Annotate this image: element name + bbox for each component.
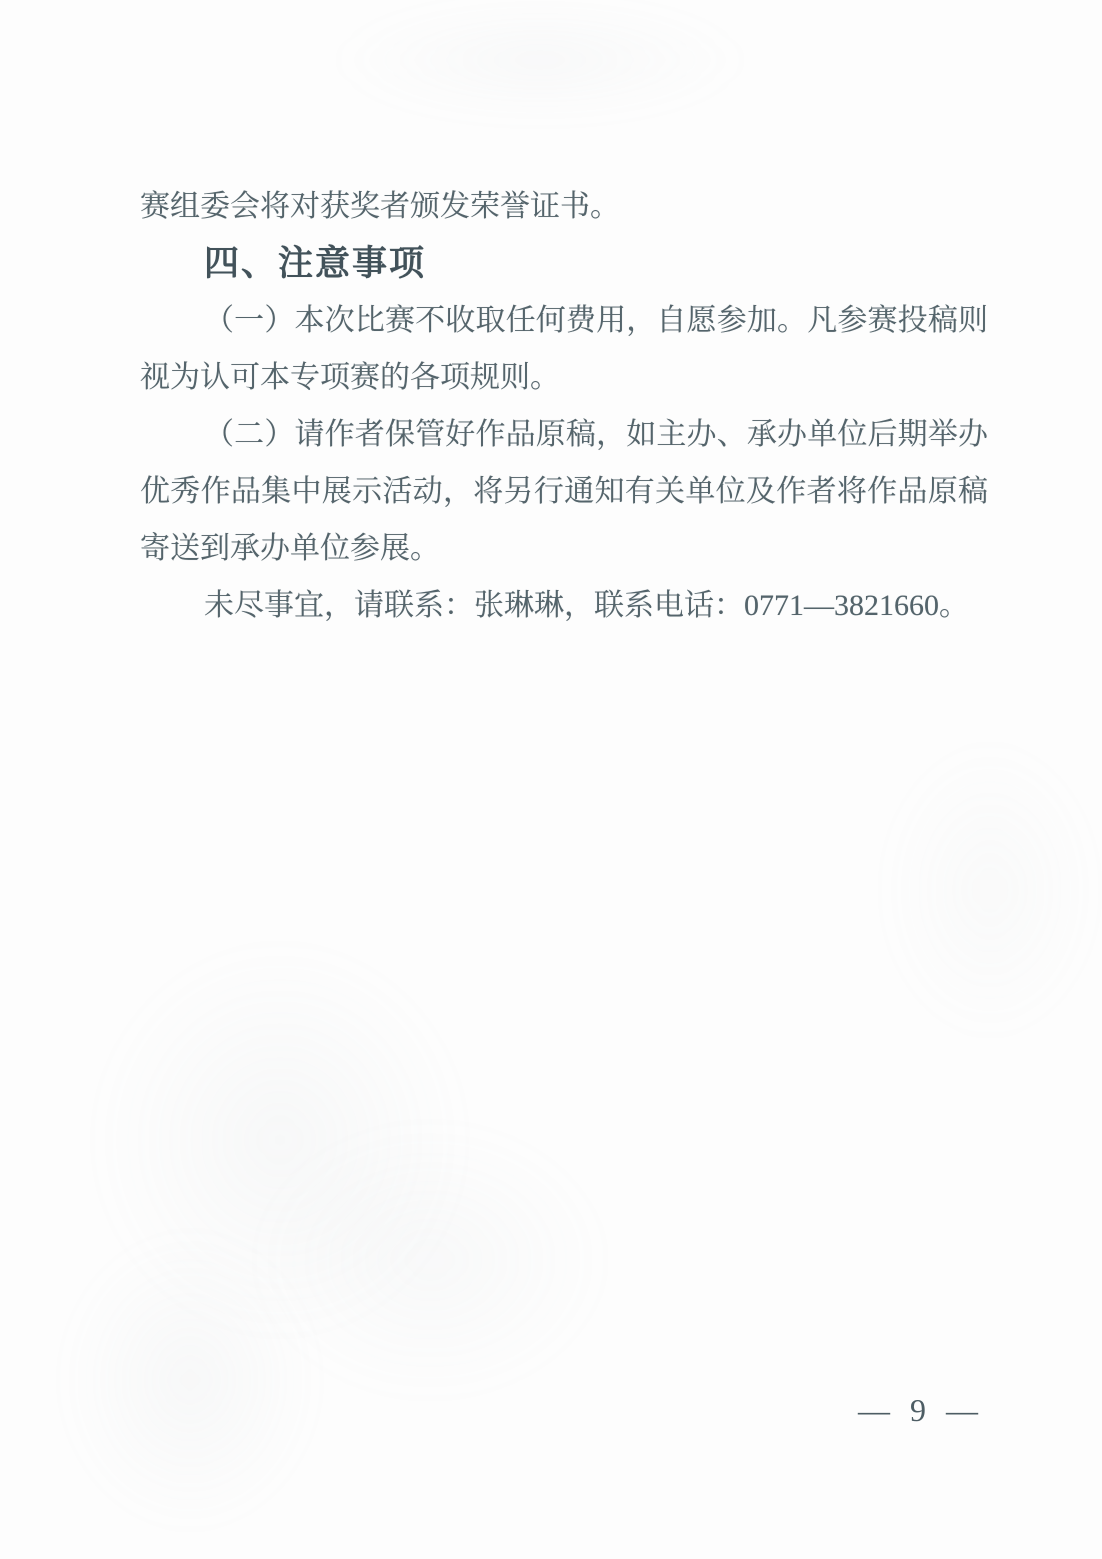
page-number: — 9 — — [858, 1392, 984, 1429]
document-line: 寄送到承办单位参展。 — [140, 520, 988, 577]
scan-smudge — [250, 1120, 610, 1400]
scanned-page: 赛组委会将对获奖者颁发荣誉证书。四、注意事项（一）本次比赛不收取任何费用，自愿参… — [0, 0, 1102, 1559]
document-line: （二）请作者保管好作品原稿，如主办、承办单位后期举办 — [140, 406, 988, 463]
document-line: 视为认可本专项赛的各项规则。 — [140, 349, 988, 406]
scan-smudge — [90, 940, 470, 1340]
document-body: 赛组委会将对获奖者颁发荣誉证书。四、注意事项（一）本次比赛不收取任何费用，自愿参… — [140, 178, 988, 634]
document-line: 未尽事宜，请联系：张琳琳，联系电话：0771—3821660。 — [140, 577, 988, 634]
document-line: 赛组委会将对获奖者颁发荣誉证书。 — [140, 178, 988, 235]
section-heading: 四、注意事项 — [140, 235, 988, 292]
document-line: （一）本次比赛不收取任何费用，自愿参加。凡参赛投稿则 — [140, 292, 988, 349]
document-line: 优秀作品集中展示活动，将另行通知有关单位及作者将作品原稿 — [140, 463, 988, 520]
scan-smudge — [60, 1230, 320, 1530]
scan-smudge — [330, 0, 750, 120]
scan-smudge — [880, 740, 1100, 1040]
